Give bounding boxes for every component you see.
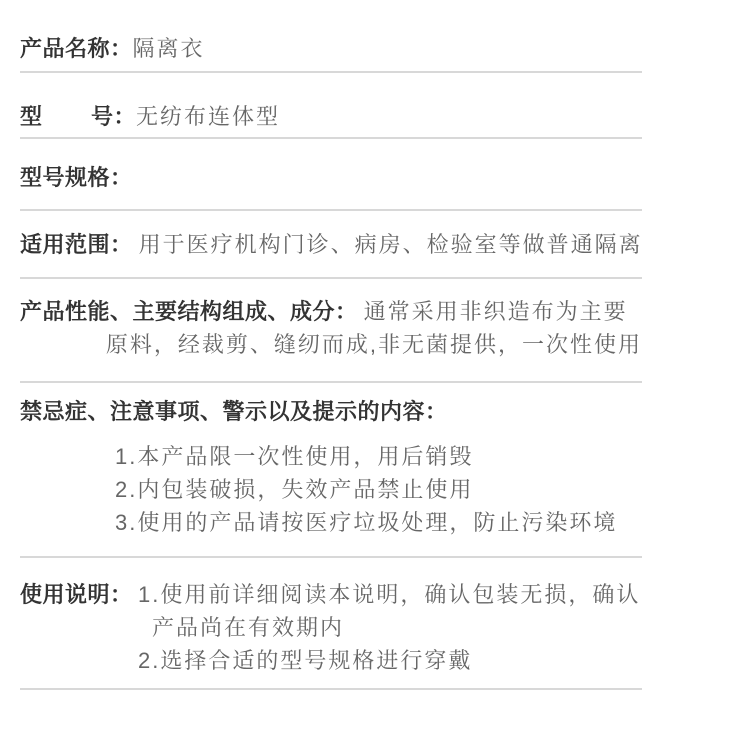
scope-value: 用于医疗机构门诊、病房、检验室等做普通隔离 [139, 232, 643, 257]
model-spec-row: 型号规格： [20, 139, 642, 211]
usage-line3: 2.选择合适的型号规格进行穿戴 [138, 644, 642, 677]
model-spec-label: 型号规格： [20, 165, 133, 190]
product-spec-sheet: 产品名称：隔离衣 型号：无纺布连体型 型号规格： 适用范围： 用于医疗机构门诊、… [20, 0, 642, 690]
usage-label: 使用说明： [20, 578, 138, 611]
performance-label: 产品性能、主要结构组成、成分： [20, 299, 358, 324]
model-value: 无纺布连体型 [136, 104, 280, 129]
model-label-right: 号： [91, 100, 136, 133]
performance-line2: 原料，经裁剪、缝纫而成,非无菌提供，一次性使用 [20, 328, 642, 361]
warnings-heading: 禁忌症、注意事项、警示以及提示的内容： [20, 395, 642, 428]
performance-line1: 产品性能、主要结构组成、成分： 通常采用非织造布为主要 [20, 295, 642, 328]
scope-label: 适用范围： [20, 232, 133, 257]
usage-instructions: 1.使用前详细阅读本说明，确认包装无损，确认 产品尚在有效期内 2.选择合适的型… [138, 578, 642, 677]
usage-line2: 产品尚在有效期内 [138, 611, 642, 644]
scope-row: 适用范围： 用于医疗机构门诊、病房、检验室等做普通隔离 [20, 211, 642, 279]
product-name-value: 隔离衣 [133, 36, 205, 61]
usage-line1: 1.使用前详细阅读本说明，确认包装无损，确认 [138, 578, 642, 611]
product-name-row: 产品名称：隔离衣 [20, 0, 642, 73]
performance-row: 产品性能、主要结构组成、成分： 通常采用非织造布为主要 原料，经裁剪、缝纫而成,… [20, 279, 642, 383]
warnings-list: 1.本产品限一次性使用，用后销毁 2.内包装破损，失效产品禁止使用 3.使用的产… [20, 440, 642, 539]
warnings-item: 3.使用的产品请按医疗垃圾处理，防止污染环境 [115, 506, 642, 539]
model-label: 型号： [20, 100, 136, 133]
product-name-label: 产品名称： [20, 36, 133, 61]
warnings-row: 禁忌症、注意事项、警示以及提示的内容： 1.本产品限一次性使用，用后销毁 2.内… [20, 383, 642, 558]
model-row: 型号：无纺布连体型 [20, 73, 642, 139]
performance-value-part1: 通常采用非织造布为主要 [364, 299, 628, 324]
warnings-item: 2.内包装破损，失效产品禁止使用 [115, 473, 642, 506]
model-label-left: 型 [20, 100, 43, 133]
warnings-item: 1.本产品限一次性使用，用后销毁 [115, 440, 642, 473]
performance-value-part2: 原料，经裁剪、缝纫而成,非无菌提供，一次性使用 [106, 332, 642, 357]
usage-row: 使用说明： 1.使用前详细阅读本说明，确认包装无损，确认 产品尚在有效期内 2.… [20, 558, 642, 690]
